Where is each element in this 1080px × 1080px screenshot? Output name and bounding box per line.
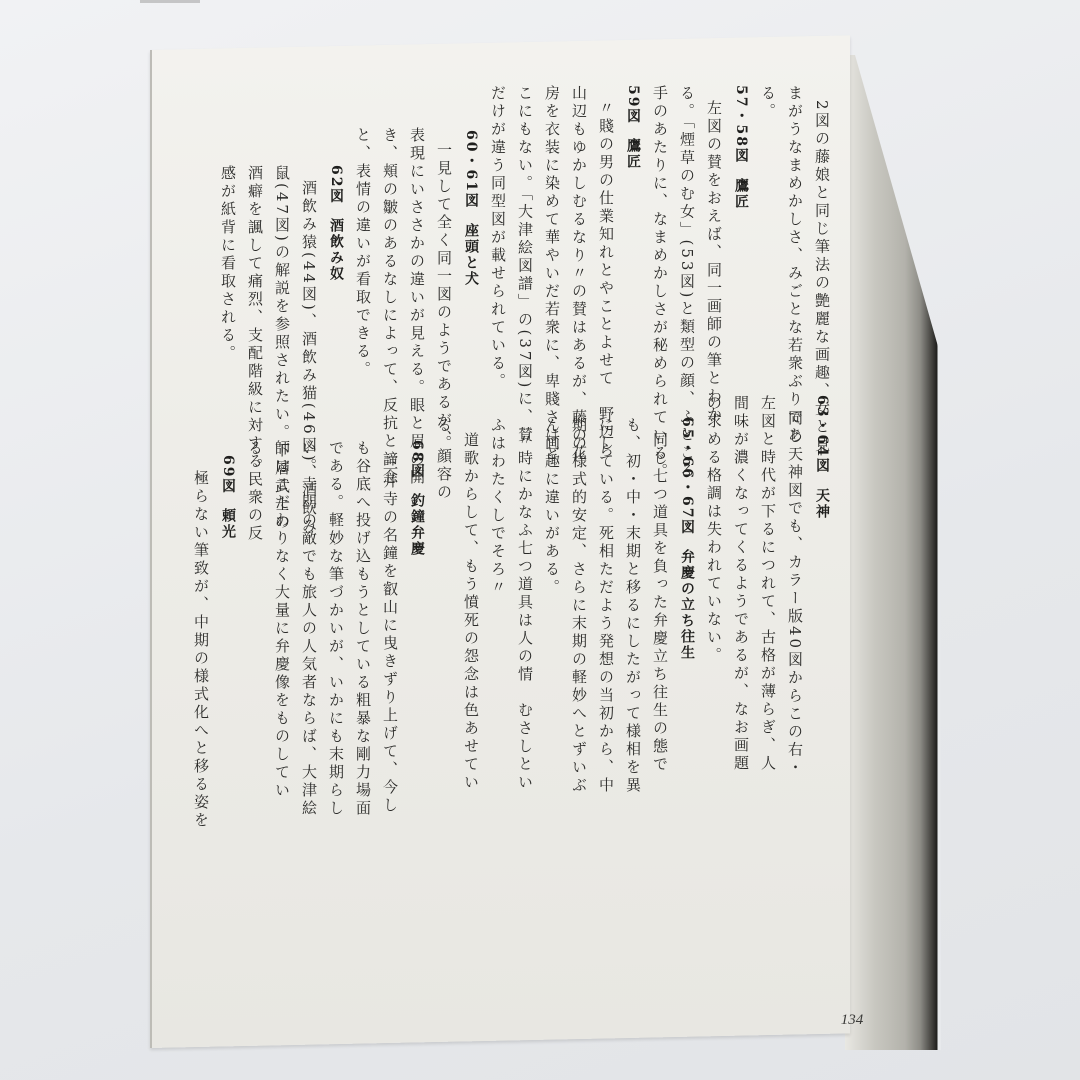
entry-line: 師はこだわりなく大量に弁慶像をものしてい [268,395,295,800]
entry-heading-60-61: 60・61図座頭と犬 [457,85,484,287]
entry-line: る。 [241,395,268,476]
entry-line: ん画趣に違いがある。 [538,395,565,597]
entry-line: 期の様式的安定、さらに末期の軽妙へとずいぶ [565,395,592,795]
entry-line: も谷底へ投げ込もうとしている粗暴な剛力場面 [349,395,376,818]
entry-line: も、初・中・末期と移るにしたがって様相を異 [619,395,646,795]
entry-line: 〃時にかなふ七つ道具は人の情 むさしとい [511,395,538,792]
entry-line: ふはわたくしでそろ〃 [484,395,511,597]
entry-title: 鷹匠 [727,178,754,210]
entry-line: 同じ天神図でも、カラー版40図からこの右・ [781,395,808,777]
entry-heading-63-64: 63・64図天神 [808,395,835,520]
entry-heading-68: 68図釣鐘弁慶 [403,395,430,557]
entry-number: 59図 [625,85,641,124]
entry-number: 63・64図 [814,395,830,474]
entry-line: こにもない。「大津絵図譜」の(37図)に、賛 [511,85,538,444]
entry-line: 道歌からして、もう憤死の怨念は色あせてい [457,395,484,792]
page-left-edge [150,50,152,1048]
entry-title: 酒飲み奴 [322,218,349,282]
entry-number: 68図 [409,440,425,479]
entry-title: 頼光 [214,508,241,540]
entry-title: 釣鐘弁慶 [403,493,430,557]
entry-line: にしている。死相ただよう発想の当初から、中 [592,395,619,795]
adjacent-page-edge [140,0,200,3]
entry-line: 左図と時代が下るにつれて、古格が薄らぎ、人 [754,395,781,773]
entry-heading-59: 59図鷹匠 [619,85,646,170]
continuation-line: る。 [754,85,781,121]
entry-line: 左図の賛をおえば、同一画師の筆とわか [700,85,727,424]
entry-heading-69: 69図頼光 [214,395,241,540]
entry-line: 間味が濃くなってくるようであるが、なお画題 [727,395,754,773]
entry-title: 鷹匠 [619,138,646,170]
entry-line: である。軽妙な筆づかいが、いかにも末期らし [322,395,349,818]
entry-line: 感が紙背に看取される。 [214,85,241,363]
entry-title: 天神 [808,488,835,520]
lower-tier: 63・64図天神 同じ天神図でも、カラー版40図からこの右・ 左図と時代が下るに… [187,395,835,830]
continuation-line: まがうなまめかしさ、みごとな若衆ぶりであ [781,85,808,445]
entry-heading-57-58: 57・58図鷹匠 [727,85,754,210]
entry-number: 65・66・67図 [679,417,695,535]
entry-line: だけが違う同型図が載せられている。 [484,85,511,391]
entry-title: 弁慶の立ち往生 [673,549,700,661]
entry-number: 69図 [220,455,236,494]
entry-number: 57・58図 [733,85,749,164]
page-text-area: 2図の藤娘と同じ筆法の艶麗な画趣、女と見 まがうなまめかしさ、みごとな若衆ぶりで… [185,70,835,790]
entry-line: の求める格調は失われていない。 [700,395,727,665]
entry-line: い。寺門の敵でも旅人の人気者ならば、大津絵 [295,395,322,818]
entry-number: 62図 [328,165,344,204]
page-number: 134 [841,1012,864,1029]
entry-line: る。 [430,395,457,453]
entry-line: 極らない筆致が、中期の様式化へと移る姿を [187,395,214,830]
entry-heading-65-66-67: 65・66・67図弁慶の立ち往生 [673,395,700,661]
entry-heading-62: 62図酒飲み奴 [322,85,349,282]
entry-line: と、表情の違いが看取できる。 [349,85,376,379]
entry-line: 同じ七つ道具を負った弁慶立ち往生の態で [646,395,673,774]
entry-number: 60・61図 [463,130,479,209]
entry-line: 三井寺の名鐘を叡山に曳きずり上げて、今し [376,395,403,815]
entry-title: 座頭と犬 [457,223,484,287]
